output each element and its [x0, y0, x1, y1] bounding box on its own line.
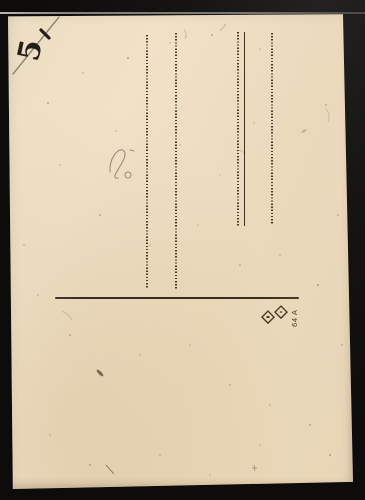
scanner-edge-glint — [0, 12, 365, 14]
address-solid-line — [244, 32, 246, 226]
address-dotted-line-3 — [237, 32, 239, 226]
handwriting-corner-group: 5 — [8, 13, 78, 93]
address-dotted-line-2 — [175, 33, 177, 289]
pencil-squiggle — [103, 138, 151, 190]
postcard-back: 5 64 A — [8, 13, 353, 489]
scan-background: 5 64 A — [0, 0, 365, 500]
publisher-logo — [262, 306, 287, 323]
handwritten-number: 5 — [11, 36, 50, 64]
publisher-code: 64 A — [290, 309, 299, 327]
publisher-mark-group: 64 A — [256, 297, 308, 339]
address-dotted-line-4 — [271, 33, 273, 225]
